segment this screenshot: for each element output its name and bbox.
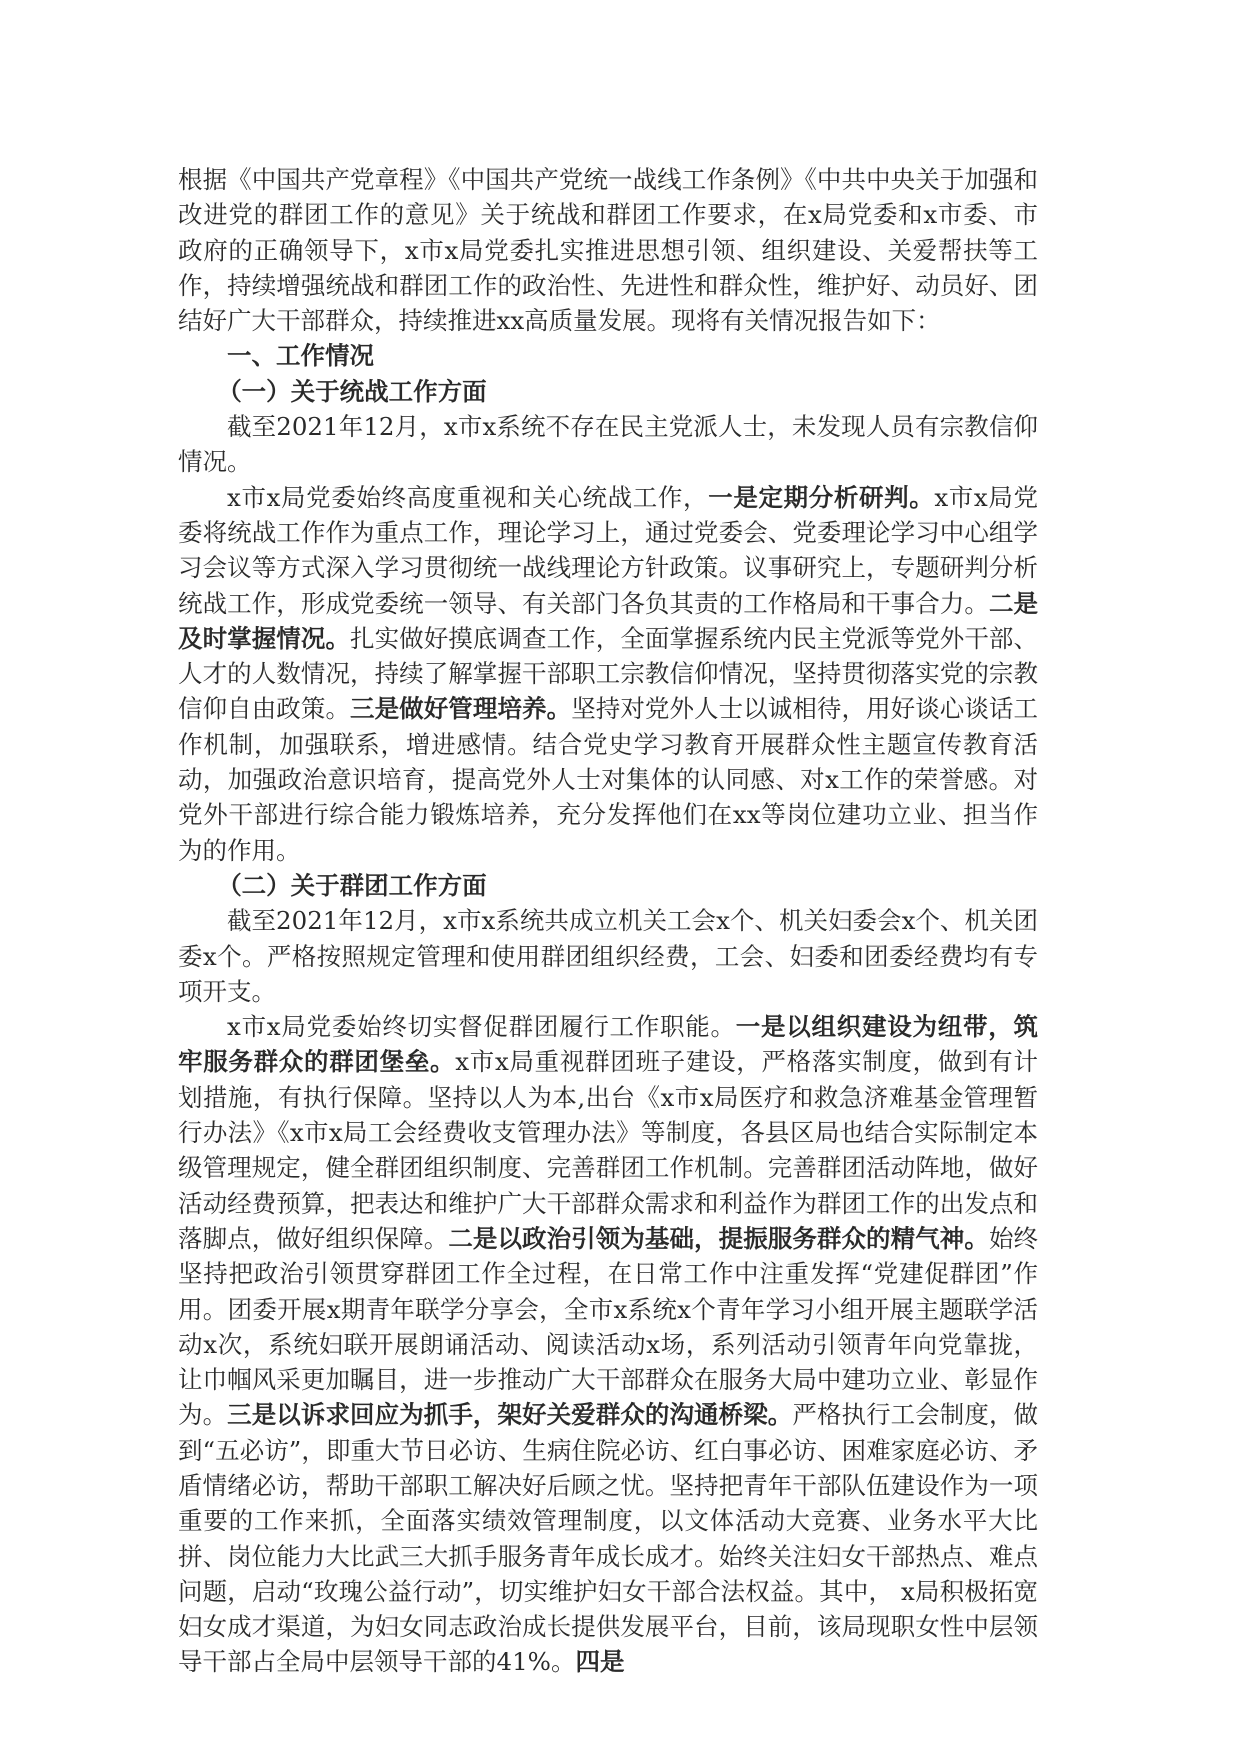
- bold-point-3: 三是以诉求回应为抓手，架好关爱群众的沟通桥梁。: [227, 1400, 792, 1429]
- mass-org-measures-paragraph: x市x局党委始终切实督促群团履行工作职能。一是以组织建设为纽带，筑牢服务群众的群…: [178, 1009, 1038, 1680]
- bold-point-2: 二是以政治引领为基础，提振服务群众的精气神。: [448, 1224, 989, 1253]
- united-front-status-paragraph: 截至2021年12月，x市x系统不存在民主党派人士，未发现人员有宗教信仰情况。: [178, 409, 1038, 480]
- intro-paragraph: 根据《中国共产党章程》《中国共产党统一战线工作条例》《中共中央关于加强和改进党的…: [178, 162, 1038, 338]
- bold-point-3: 三是做好管理培养。: [350, 694, 571, 723]
- bold-point-1: 一是定期分析研判。: [708, 483, 934, 512]
- subsection-heading-mass-organizations: （二）关于群团工作方面: [178, 868, 1038, 903]
- united-front-measures-paragraph: x市x局党委始终高度重视和关心统战工作，一是定期分析研判。x市x局党委将统战工作…: [178, 480, 1038, 868]
- section-heading-work-status: 一、工作情况: [178, 338, 1038, 373]
- document-page: 根据《中国共产党章程》《中国共产党统一战线工作条例》《中共中央关于加强和改进党的…: [178, 162, 1038, 1680]
- text-span: 严格执行工会制度，做到“五必访”，即重大节日必访、生病住院必访、红白事必访、困难…: [178, 1400, 1038, 1676]
- text-span: x市x局党委始终切实督促群团履行工作职能。: [227, 1012, 736, 1041]
- text-span: x市x局重视群团班子建设，严格落实制度，做到有计划措施，有执行保障。坚持以人为本…: [178, 1047, 1038, 1252]
- text-span: 始终坚持把政治引领贯穿群团工作全过程，在日常工作中注重发挥“党建促群团”作用。团…: [178, 1224, 1038, 1429]
- text-span: x市x局党委始终高度重视和关心统战工作，: [227, 483, 708, 512]
- subsection-heading-united-front: （一）关于统战工作方面: [178, 374, 1038, 409]
- mass-org-status-paragraph: 截至2021年12月，x市x系统共成立机关工会x个、机关妇委会x个、机关团委x个…: [178, 903, 1038, 1009]
- bold-point-4: 四是: [575, 1647, 624, 1676]
